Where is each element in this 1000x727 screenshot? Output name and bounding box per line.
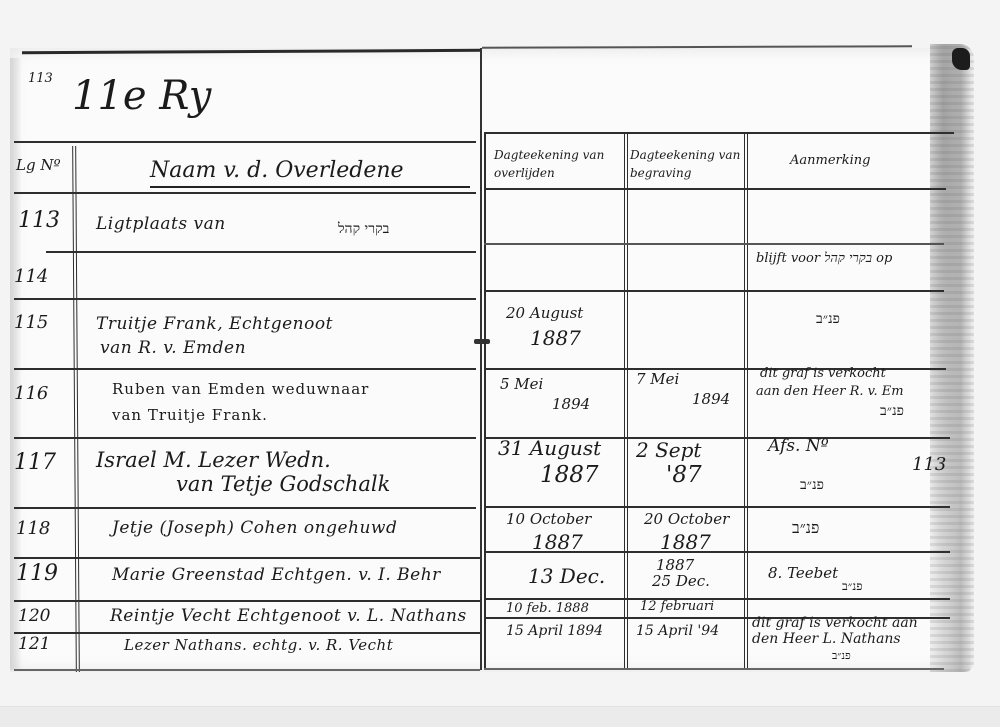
book-spine-divider bbox=[480, 48, 482, 670]
remark-hebrew: פנ״ב bbox=[816, 312, 840, 326]
row-rule bbox=[14, 507, 476, 509]
row-number: 118 bbox=[16, 520, 50, 538]
binding-clip bbox=[474, 339, 490, 344]
deceased-name-line1: Ruben van Emden weduwnaar bbox=[112, 382, 369, 397]
deceased-name: Marie Greenstad Echtgen. v. I. Behr bbox=[112, 567, 441, 584]
row-rule bbox=[484, 506, 950, 508]
row-rule bbox=[14, 632, 480, 634]
row-number: 117 bbox=[14, 452, 56, 474]
row-rule bbox=[14, 557, 480, 559]
death-date-line2: 1887 bbox=[540, 464, 599, 487]
deceased-name-line2: van Tetje Godschalk bbox=[176, 474, 390, 495]
row-number: 114 bbox=[14, 268, 48, 286]
deceased-name: Lezer Nathans. echtg. v. R. Vecht bbox=[124, 638, 393, 653]
hebrew-text: בקרי קהל bbox=[338, 222, 389, 236]
header-name-underline bbox=[150, 186, 470, 188]
burial-date-line2: 1894 bbox=[692, 392, 730, 407]
row-label-title: 11e Ry bbox=[72, 76, 211, 116]
header-top-rule-right bbox=[484, 132, 954, 134]
page-marker: 113 bbox=[28, 72, 53, 85]
remark-reference-number: 113 bbox=[912, 456, 946, 474]
burial-date-line2: '87 bbox=[666, 464, 702, 487]
remark-hebrew: פנ״ב bbox=[842, 580, 863, 592]
remark-hebrew: פנ״ב bbox=[800, 478, 824, 492]
header-number: Lg Nº bbox=[16, 158, 61, 173]
row-rule bbox=[484, 243, 944, 245]
row-rule bbox=[484, 290, 944, 292]
ink-blot bbox=[952, 48, 970, 70]
header-remarks: Aanmerking bbox=[790, 154, 870, 167]
row-rule-bottom bbox=[14, 669, 480, 671]
remark-line2: aan den Heer R. v. Em bbox=[756, 385, 904, 398]
right-page-left-rule bbox=[484, 132, 486, 670]
remark-line1: dit graf is verkocht aan bbox=[752, 616, 918, 630]
death-date-line1: 10 October bbox=[506, 512, 591, 527]
deceased-name-line1: Israel M. Lezer Wedn. bbox=[96, 450, 331, 471]
header-burial-date: Dagteekening van begraving bbox=[630, 146, 742, 182]
row-rule bbox=[14, 437, 476, 439]
row-number: 115 bbox=[14, 314, 48, 332]
remark-line1: 8. Teebet bbox=[768, 566, 838, 581]
deceased-name: Ligtplaats van bbox=[96, 216, 226, 233]
remark-line2: den Heer L. Nathans bbox=[752, 632, 901, 646]
burial-date: 12 februari bbox=[640, 600, 714, 613]
deceased-name-line1: Truitje Frank, Echtgenoot bbox=[96, 316, 333, 333]
row-number: 113 bbox=[18, 210, 60, 232]
death-date-line1: 31 August bbox=[498, 438, 601, 458]
burial-date-line2: 1887 bbox=[660, 532, 711, 552]
deceased-name-line2: van Truitje Frank. bbox=[112, 408, 268, 423]
burial-date: 15 April '94 bbox=[636, 624, 719, 638]
burial-remarks-column-rule bbox=[744, 132, 748, 670]
row-number: 116 bbox=[14, 385, 48, 403]
scanner-bed-edge bbox=[0, 706, 1000, 727]
remark: blijft voor בקרי קהל op bbox=[756, 252, 892, 265]
death-date-line1: 5 Mei bbox=[500, 377, 543, 392]
header-death-date-1: Dagteekening van overlijden bbox=[494, 146, 612, 182]
row-rule bbox=[46, 251, 476, 253]
row-number: 121 bbox=[18, 636, 50, 653]
deceased-name: Reintje Vecht Echtgenoot v. L. Nathans bbox=[110, 608, 467, 625]
row-rule bbox=[484, 598, 950, 600]
remark-line1: dit graf is verkocht bbox=[760, 367, 886, 380]
deceased-name: Jetje (Joseph) Cohen ongehuwd bbox=[112, 520, 397, 537]
death-date: 13 Dec. bbox=[528, 566, 605, 586]
header-burial-date-1: Dagteekening van begraving bbox=[630, 146, 742, 182]
death-date-line2: 1894 bbox=[552, 397, 590, 412]
row-number: 119 bbox=[16, 563, 58, 585]
burial-date-line1: 2 Sept bbox=[636, 440, 701, 460]
row-rule bbox=[14, 298, 476, 300]
death-date: 15 April 1894 bbox=[506, 624, 603, 638]
header-name: Naam v. d. Overledene bbox=[150, 160, 404, 182]
row-rule bbox=[14, 600, 480, 602]
burial-date-line1: 20 October bbox=[644, 512, 729, 527]
death-date: 10 feb. 1888 bbox=[506, 602, 589, 615]
death-date-line2: 1887 bbox=[530, 328, 581, 348]
header-bottom-rule-right bbox=[484, 188, 946, 190]
header-death-date: Dagteekening van overlijden bbox=[494, 146, 612, 182]
burial-date-line1: 1887 bbox=[656, 558, 694, 573]
remark-hebrew: פנ״ב bbox=[792, 520, 819, 536]
torn-page-edge bbox=[930, 44, 974, 672]
deceased-name-line2: van R. v. Emden bbox=[100, 340, 246, 357]
burial-date-line1: 7 Mei bbox=[636, 372, 679, 387]
death-date-line1: 20 August bbox=[506, 306, 583, 321]
row-rule-bottom bbox=[484, 668, 944, 670]
death-date-line2: 1887 bbox=[532, 532, 583, 552]
header-top-rule-left bbox=[14, 141, 476, 143]
remark-hebrew: פנ״ב bbox=[832, 650, 851, 661]
death-burial-column-rule bbox=[624, 132, 628, 670]
header-bottom-rule-left bbox=[14, 192, 476, 194]
row-rule bbox=[14, 368, 476, 370]
row-number: 120 bbox=[18, 608, 50, 625]
remark-hebrew: פנ״ב bbox=[880, 404, 904, 418]
burial-date-line2: 25 Dec. bbox=[652, 574, 710, 589]
remark-line1: Afs. Nº bbox=[768, 438, 829, 455]
